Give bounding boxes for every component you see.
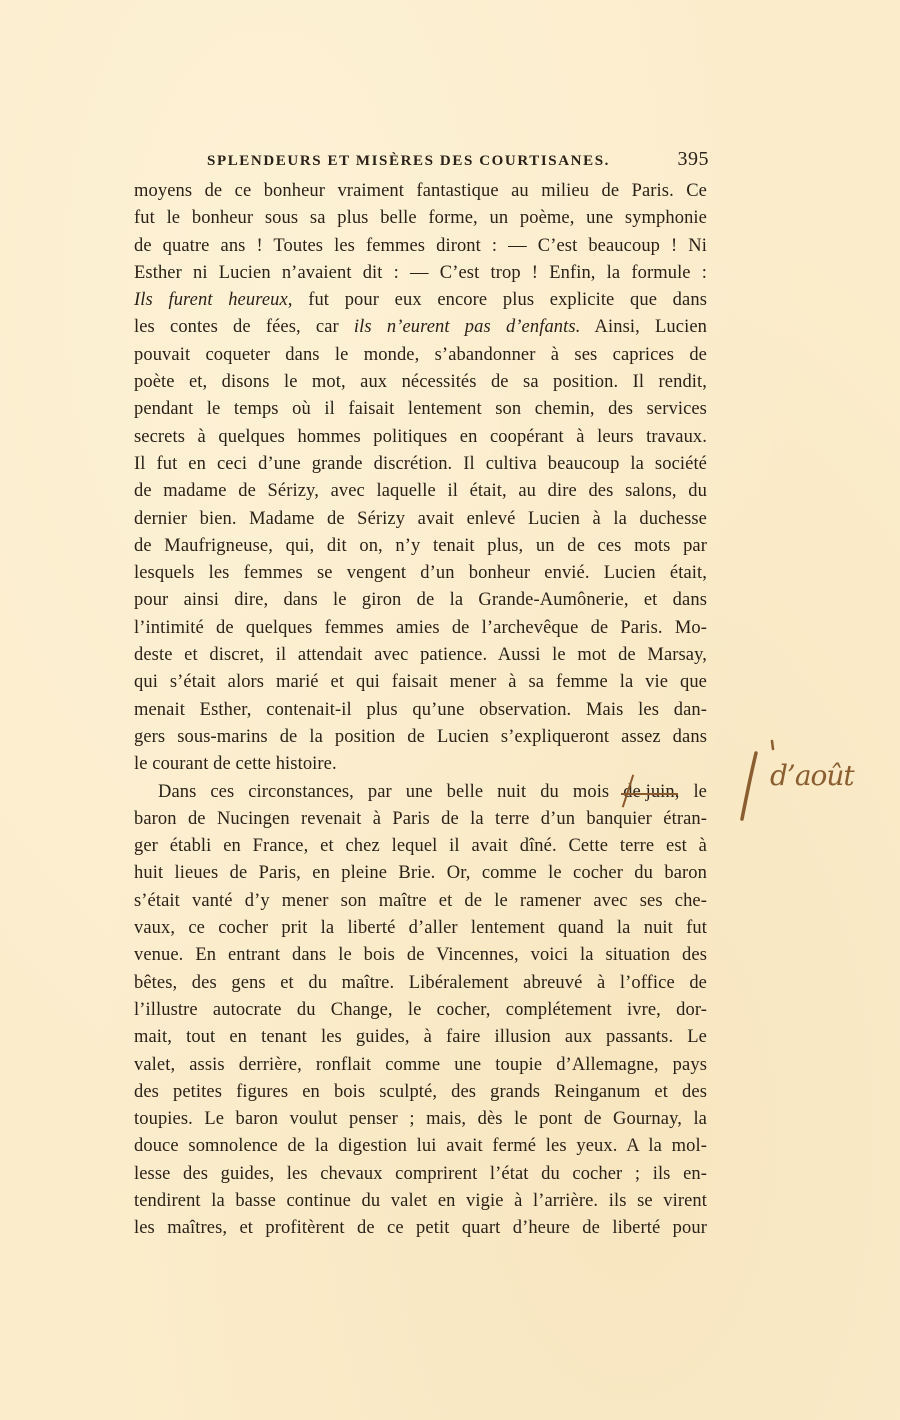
- text-line: de madame de Sérizy, avec laquelle il ét…: [134, 478, 707, 505]
- text-line: moyens de ce bonheur vraiment fantastiqu…: [134, 178, 707, 205]
- text-line: s’était vanté d’y mener son maître et de…: [134, 888, 707, 915]
- text-line: menait Esther, contenait-il plus qu’une …: [134, 697, 707, 724]
- text-line: mait, tout en tenant les guides, à faire…: [134, 1024, 707, 1051]
- text-line: les maîtres, et profitèrent de ce petit …: [134, 1215, 707, 1242]
- margin-correction-text: d’août: [770, 759, 854, 792]
- text-line: l’intimité de quelques femmes amies de l…: [134, 615, 707, 642]
- text-line: Esther ni Lucien n’avaient dit : — C’est…: [134, 260, 707, 287]
- text-line: Ils furent heureux, fut pour eux encore …: [134, 287, 707, 314]
- text-line: lesquels les femmes se vengent d’un bonh…: [134, 560, 707, 587]
- paragraph-end-line: le courant de cette histoire.: [134, 751, 707, 778]
- handwritten-margin-correction: d’août: [736, 733, 886, 823]
- text-line: de Maufrigneuse, qui, dit on, n’y tenait…: [134, 533, 707, 560]
- book-page: Splendeurs et misères des courtisanes. 3…: [0, 0, 900, 1420]
- text-line: poète et, disons le mot, aux nécessités …: [134, 369, 707, 396]
- text-line: lesse des guides, les chevaux comprirent…: [134, 1161, 707, 1188]
- text-line: l’illustre autocrate du Change, le coche…: [134, 997, 707, 1024]
- text-line: gers sous-marins de la position de Lucie…: [134, 724, 707, 751]
- text-line: deste et discret, il attendait avec pati…: [134, 642, 707, 669]
- text-line: les contes de fées, car ils n’eurent pas…: [134, 314, 707, 341]
- text-line: pouvait coqueter dans le monde, s’abando…: [134, 342, 707, 369]
- text-line: bêtes, des gens et du maître. Libéraleme…: [134, 970, 707, 997]
- text-line: tendirent la basse continue du valet en …: [134, 1188, 707, 1215]
- text-line: vaux, ce cocher prit la liberté d’aller …: [134, 915, 707, 942]
- text-line: baron de Nucingen revenait à Paris de la…: [134, 806, 707, 833]
- text-line: valet, assis derrière, ronflait comme un…: [134, 1052, 707, 1079]
- text-line: dernier bien. Madame de Sérizy avait enl…: [134, 506, 707, 533]
- text-line: huit lieues de Paris, en pleine Brie. Or…: [134, 860, 707, 887]
- text-line: qui s’était alors marié et qui faisait m…: [134, 669, 707, 696]
- text-line: des petites figures en bois sculpté, des…: [134, 1079, 707, 1106]
- text-line: toupies. Le baron voulut penser ; mais, …: [134, 1106, 707, 1133]
- text-line: douce somnolence de la digestion lui ava…: [134, 1133, 707, 1160]
- text-line: secrets à quelques hommes politiques en …: [134, 424, 707, 451]
- paragraph-start-line: Dans ces circonstances, par une belle nu…: [134, 779, 707, 806]
- running-title: Splendeurs et misères des courtisanes.: [207, 153, 610, 169]
- body-text: moyens de ce bonheur vraiment fantastiqu…: [134, 178, 707, 1243]
- text-line: pour ainsi dire, dans le giron de la Gra…: [134, 587, 707, 614]
- running-head: Splendeurs et misères des courtisanes. 3…: [207, 148, 709, 170]
- italic-phrase: Ils furent heureux,: [134, 290, 293, 310]
- struck-through-text: de juin: [623, 779, 675, 806]
- text-line: Il fut en ceci d’une grande discrétion. …: [134, 451, 707, 478]
- text-line: ger établi en France, et chez lequel il …: [134, 833, 707, 860]
- text-line: venue. En entrant dans le bois de Vincen…: [134, 942, 707, 969]
- text-line: pendant le temps où il faisait lentement…: [134, 396, 707, 423]
- page-number: 395: [678, 148, 710, 171]
- text-line: fut le bonheur sous sa plus belle forme,…: [134, 205, 707, 232]
- italic-phrase: ils n’eurent pas d’enfants.: [354, 317, 581, 337]
- text-line: de quatre ans ! Toutes les femmes diront…: [134, 233, 707, 260]
